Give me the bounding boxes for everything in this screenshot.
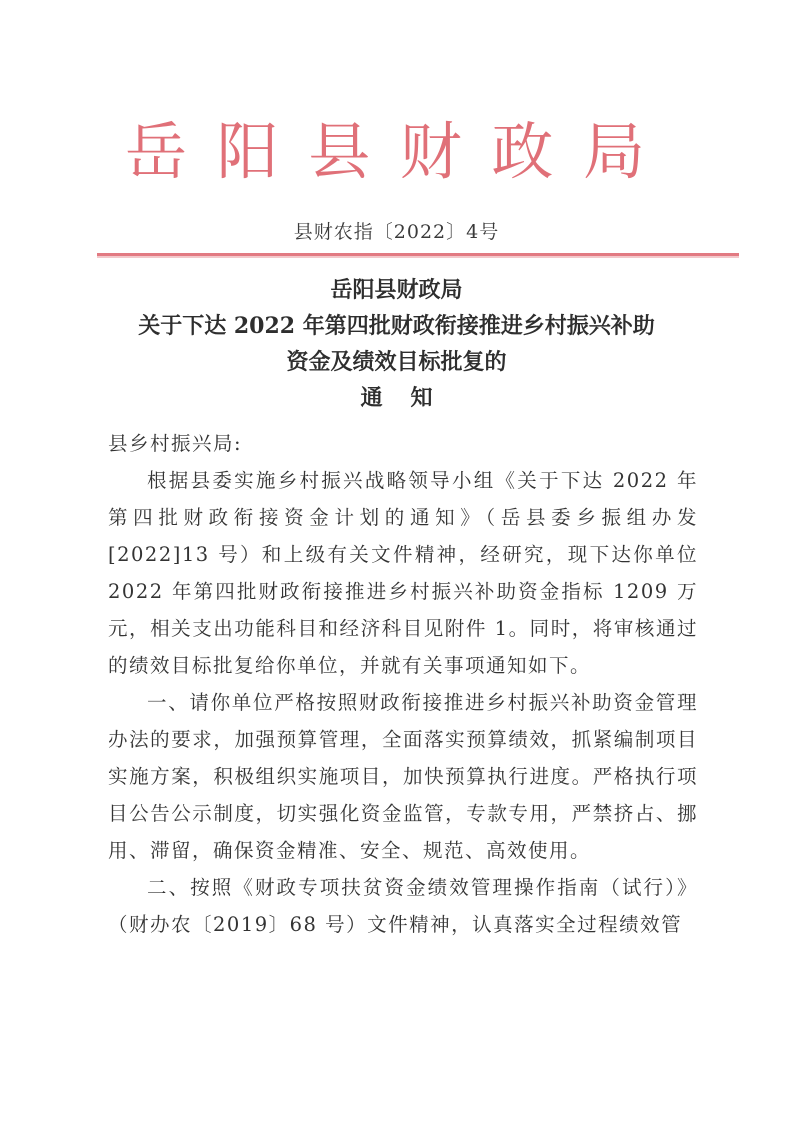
title-issuer: 岳阳县财政局 <box>0 272 793 308</box>
red-divider-line <box>97 253 739 256</box>
letterhead-char: 县 <box>308 112 370 192</box>
letterhead-char: 政 <box>491 112 553 192</box>
title-subject-line-1: 关于下达 2022 年第四批财政衔接推进乡村振兴补助 <box>0 308 793 344</box>
document-title: 岳阳县财政局 关于下达 2022 年第四批财政衔接推进乡村振兴补助 资金及绩效目… <box>0 272 793 416</box>
body-paragraph: 二、按照《财政专项扶贫资金绩效管理操作指南（试行）》（财办农〔2019〕68 号… <box>108 869 698 943</box>
body-paragraph: 根据县委实施乡村振兴战略领导小组《关于下达 2022 年第四批财政衔接资金计划的… <box>108 462 698 684</box>
salutation: 县乡村振兴局: <box>108 425 698 462</box>
title-subject-line-2: 资金及绩效目标批复的 <box>0 344 793 380</box>
document-page: 岳 阳 县 财 政 局 县财农指〔2022〕4号 岳阳县财政局 关于下达 202… <box>0 0 793 1122</box>
document-number: 县财农指〔2022〕4号 <box>0 217 793 244</box>
letterhead-char: 阳 <box>217 112 279 192</box>
letterhead-title: 岳 阳 县 财 政 局 <box>125 112 645 192</box>
body-paragraph: 一、请你单位严格按照财政衔接推进乡村振兴补助资金管理办法的要求，加强预算管理，全… <box>108 684 698 869</box>
letterhead-char: 局 <box>583 112 645 192</box>
letterhead-char: 岳 <box>125 112 187 192</box>
title-notice: 通知 <box>0 380 793 416</box>
letterhead-char: 财 <box>400 112 462 192</box>
document-body: 县乡村振兴局: 根据县委实施乡村振兴战略领导小组《关于下达 2022 年第四批财… <box>108 425 698 943</box>
